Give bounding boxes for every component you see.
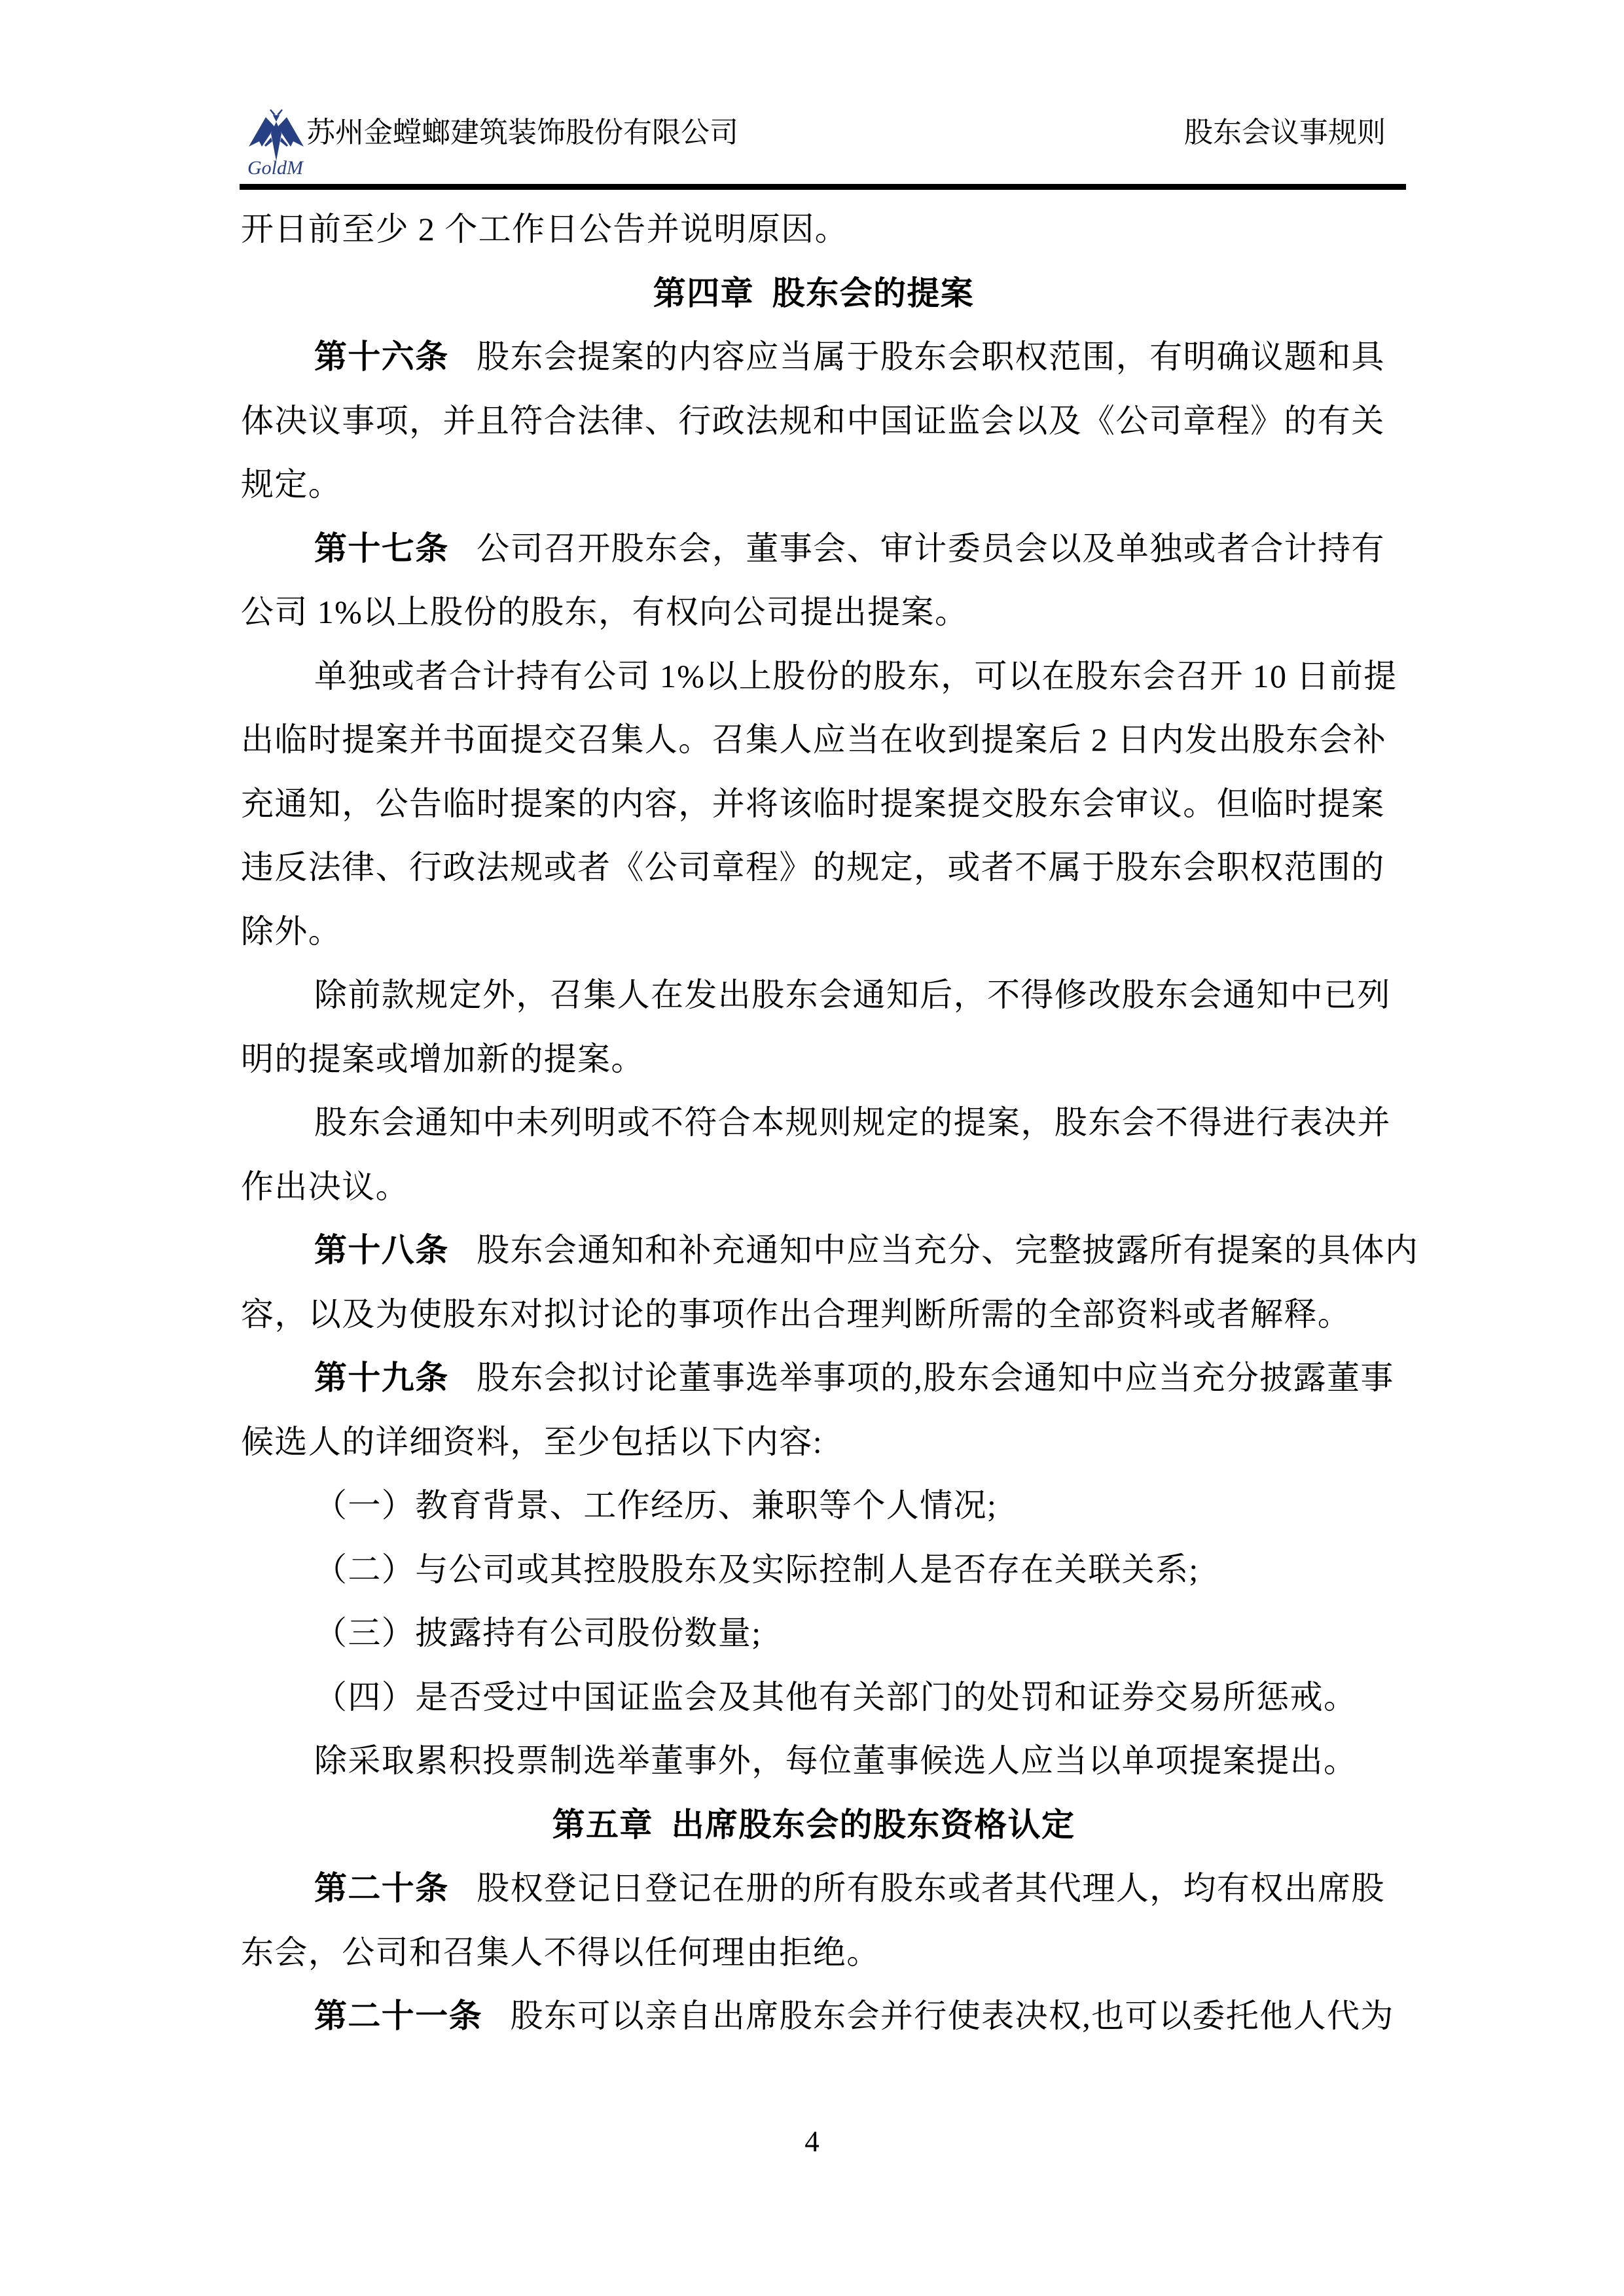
document-line: 规定。: [241, 453, 1386, 517]
article-number: 第二十一条: [314, 1998, 482, 2034]
document-line: 除采取累积投票制选举董事外，每位董事候选人应当以单项提案提出。: [241, 1729, 1386, 1793]
document-line: 体决议事项，并且符合法律、行政法规和中国证监会以及《公司章程》的有关: [241, 389, 1386, 454]
document-line: 股东会通知中未列明或不符合本规则规定的提案，股东会不得进行表决并: [241, 1091, 1386, 1155]
document-line: 明的提案或增加新的提案。: [241, 1028, 1386, 1092]
document-line: 充通知，公告临时提案的内容，并将该临时提案提交股东会审议。但临时提案: [241, 772, 1386, 836]
document-line: （四）是否受过中国证监会及其他有关部门的处罚和证券交易所惩戒。: [241, 1666, 1386, 1730]
page-header: GoldM 苏州金螳螂建筑装饰股份有限公司 股东会议事规则: [0, 0, 1624, 196]
document-line: （二）与公司或其控股股东及实际控制人是否存在关联关系;: [241, 1538, 1386, 1602]
article-text: 股权登记日登记在册的所有股东或者其代理人，均有权出席股: [477, 1870, 1385, 1907]
page-footer: 4: [0, 2122, 1624, 2161]
chapter-heading: 第四章 股东会的提案: [241, 262, 1386, 326]
document-body: 开日前至少 2 个工作日公告并说明原因。第四章 股东会的提案第十六条股东会提案的…: [241, 198, 1386, 2049]
chapter-heading: 第五章 出席股东会的股东资格认定: [241, 1793, 1386, 1857]
article-number: 第十六条: [314, 338, 449, 375]
document-line: 第十六条股东会提案的内容应当属于股东会职权范围，有明确议题和具: [241, 325, 1386, 389]
document-line: （三）披露持有公司股份数量;: [241, 1602, 1386, 1666]
article-text: 股东会通知和补充通知中应当充分、完整披露所有提案的具体内: [477, 1232, 1418, 1268]
header-rule: [240, 184, 1406, 190]
logo-script-text: GoldM: [247, 157, 304, 179]
document-line: 候选人的详细资料，至少包括以下内容:: [241, 1410, 1386, 1475]
document-line: 违反法律、行政法规或者《公司章程》的规定，或者不属于股东会职权范围的: [241, 836, 1386, 900]
document-line: 公司 1%以上股份的股东，有权向公司提出提案。: [241, 581, 1386, 645]
document-line: 东会，公司和召集人不得以任何理由拒绝。: [241, 1921, 1386, 1985]
document-line: 第二十条股权登记日登记在册的所有股东或者其代理人，均有权出席股: [241, 1857, 1386, 1921]
document-line: 作出决议。: [241, 1155, 1386, 1219]
document-title: 股东会议事规则: [1184, 113, 1386, 153]
document-line: 单独或者合计持有公司 1%以上股份的股东，可以在股东会召开 10 日前提: [241, 645, 1386, 709]
document-line: 除前款规定外，召集人在发出股东会通知后，不得修改股东会通知中已列: [241, 963, 1386, 1028]
article-number: 第十七条: [314, 530, 449, 567]
article-text: 股东会提案的内容应当属于股东会职权范围，有明确议题和具: [477, 338, 1385, 375]
document-line: （一）教育背景、工作经历、兼职等个人情况;: [241, 1474, 1386, 1538]
document-line: 第十九条股东会拟讨论董事选举事项的,股东会通知中应当充分披露董事: [241, 1346, 1386, 1410]
document-line: 开日前至少 2 个工作日公告并说明原因。: [241, 198, 1386, 262]
article-text: 股东可以亲自出席股东会并行使表决权,也可以委托他人代为: [511, 1998, 1394, 2034]
document-line: 第二十一条股东可以亲自出席股东会并行使表决权,也可以委托他人代为: [241, 1984, 1386, 2049]
document-line: 第十七条公司召开股东会，董事会、审计委员会以及单独或者合计持有: [241, 517, 1386, 581]
article-number: 第十九条: [314, 1359, 449, 1396]
document-line: 出临时提案并书面提交召集人。召集人应当在收到提案后 2 日内发出股东会补: [241, 708, 1386, 772]
gold-mantis-logo-icon: GoldM: [246, 109, 306, 179]
article-number: 第二十条: [314, 1870, 449, 1907]
article-number: 第十八条: [314, 1232, 449, 1268]
article-text: 公司召开股东会，董事会、审计委员会以及单独或者合计持有: [477, 530, 1385, 567]
page-number: 4: [804, 2125, 820, 2158]
document-page: GoldM 苏州金螳螂建筑装饰股份有限公司 股东会议事规则 开日前至少 2 个工…: [0, 0, 1624, 2296]
company-name: 苏州金螳螂建筑装饰股份有限公司: [306, 113, 738, 153]
article-text: 股东会拟讨论董事选举事项的,股东会通知中应当充分披露董事: [477, 1359, 1394, 1396]
document-line: 容，以及为使股东对拟讨论的事项作出合理判断所需的全部资料或者解释。: [241, 1283, 1386, 1347]
document-line: 除外。: [241, 900, 1386, 964]
document-line: 第十八条股东会通知和补充通知中应当充分、完整披露所有提案的具体内: [241, 1219, 1386, 1283]
